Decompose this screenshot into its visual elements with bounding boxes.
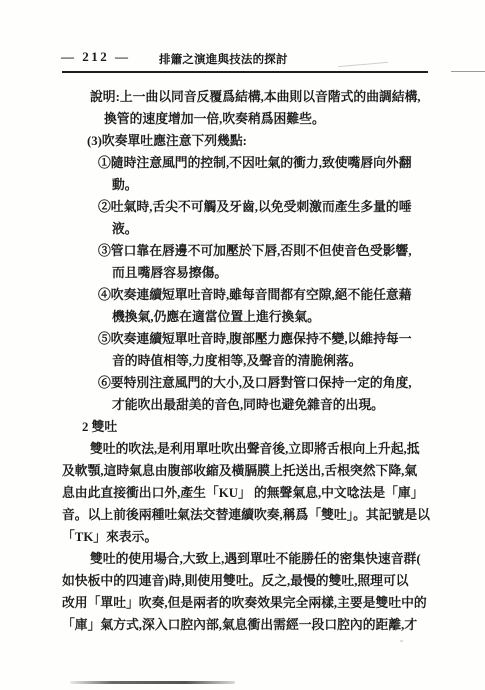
text-line: ⑥要特別注意風門的大小,及口唇對管口保持一定的角度, [62, 372, 457, 394]
text-line: 音。以上前後兩種吐氣法交替連續吹奏,稱爲「雙吐」。其記號是以 [62, 504, 457, 526]
text-line: 及軟顎,這時氣息由腹部收縮及橫膈膜上托送出,舌根突然下降,氣 [62, 460, 457, 482]
text-line: 液。 [62, 218, 457, 240]
header-rule-right-segment [451, 71, 485, 72]
text-line: 機換氣,仍應在適當位置上進行換氣。 [62, 306, 457, 328]
text-line: (3)吹奏單吐應注意下列幾點: [62, 130, 457, 152]
scan-artifact-diagonal [338, 62, 388, 67]
scan-artifact-streak [70, 681, 235, 684]
scan-artifact-dot [400, 640, 403, 642]
text-line: 而且嘴唇容易擦傷。 [62, 262, 457, 284]
text-line: ⑤吹奏連續短單吐音時,腹部壓力應保持不變,以維持每一 [62, 328, 457, 350]
page-number: — 212 — [61, 49, 131, 65]
text-line: 動。 [62, 174, 457, 196]
text-line: 如快板中的四連音)時,則使用雙吐。反之,最慢的雙吐,照理可以 [62, 570, 457, 592]
text-line: ②吐氣時,舌尖不可觸及牙齒,以免受刺激而產生多量的唾 [62, 196, 457, 218]
scanned-book-page: — 212 — 排簫之演進與技法的探討 說明:上一曲以同音反覆爲結構,本曲則以音… [0, 0, 485, 690]
text-line: ①隨時注意風門的控制,不因吐氣的衝力,致使嘴唇向外翻 [62, 152, 457, 174]
text-line: 換管的速度增加一倍,吹奏稍爲困難些。 [62, 108, 457, 130]
text-line: 息由此直接衝出口外,產生「KU」 的無聲氣息,中文唸法是「庫」 [62, 482, 457, 504]
text-line: 才能吹出最甜美的音色,同時也避免雜音的出現。 [62, 394, 457, 416]
text-line: 音的時值相等,力度相等,及聲音的清脆俐落。 [62, 350, 457, 372]
text-line: 「TK」來表示。 [62, 526, 457, 548]
text-line: ③管口靠在唇邊不可加壓於下唇,否則不但使音色受影響, [62, 240, 457, 262]
text-line: 2 雙吐 [62, 416, 457, 438]
text-line: ④吹奏連續短單吐音時,雖每音間都有空隙,絕不能任意藉 [62, 284, 457, 306]
text-line: 說明:上一曲以同音反覆爲結構,本曲則以音階式的曲調結構, [62, 86, 457, 108]
text-line: 改用「單吐」吹奏,但是兩者的吹奏效果完全兩樣,主要是雙吐中的 [62, 592, 457, 614]
body-text: 說明:上一曲以同音反覆爲結構,本曲則以音階式的曲調結構,換管的速度增加一倍,吹奏… [62, 86, 457, 636]
header-rule [62, 71, 428, 73]
text-line: 雙吐的吹法,是利用單吐吹出聲音後,立即將舌根向上升起,抵 [62, 438, 457, 460]
text-line: 雙吐的使用場合,大致上,遇到單吐不能勝任的密集快速音群( [62, 548, 457, 570]
text-line: 「庫」氣方式,深入口腔內部,氣息衝出需經一段口腔內的距離,才 [62, 614, 457, 636]
book-title: 排簫之演進與技法的探討 [159, 51, 288, 67]
